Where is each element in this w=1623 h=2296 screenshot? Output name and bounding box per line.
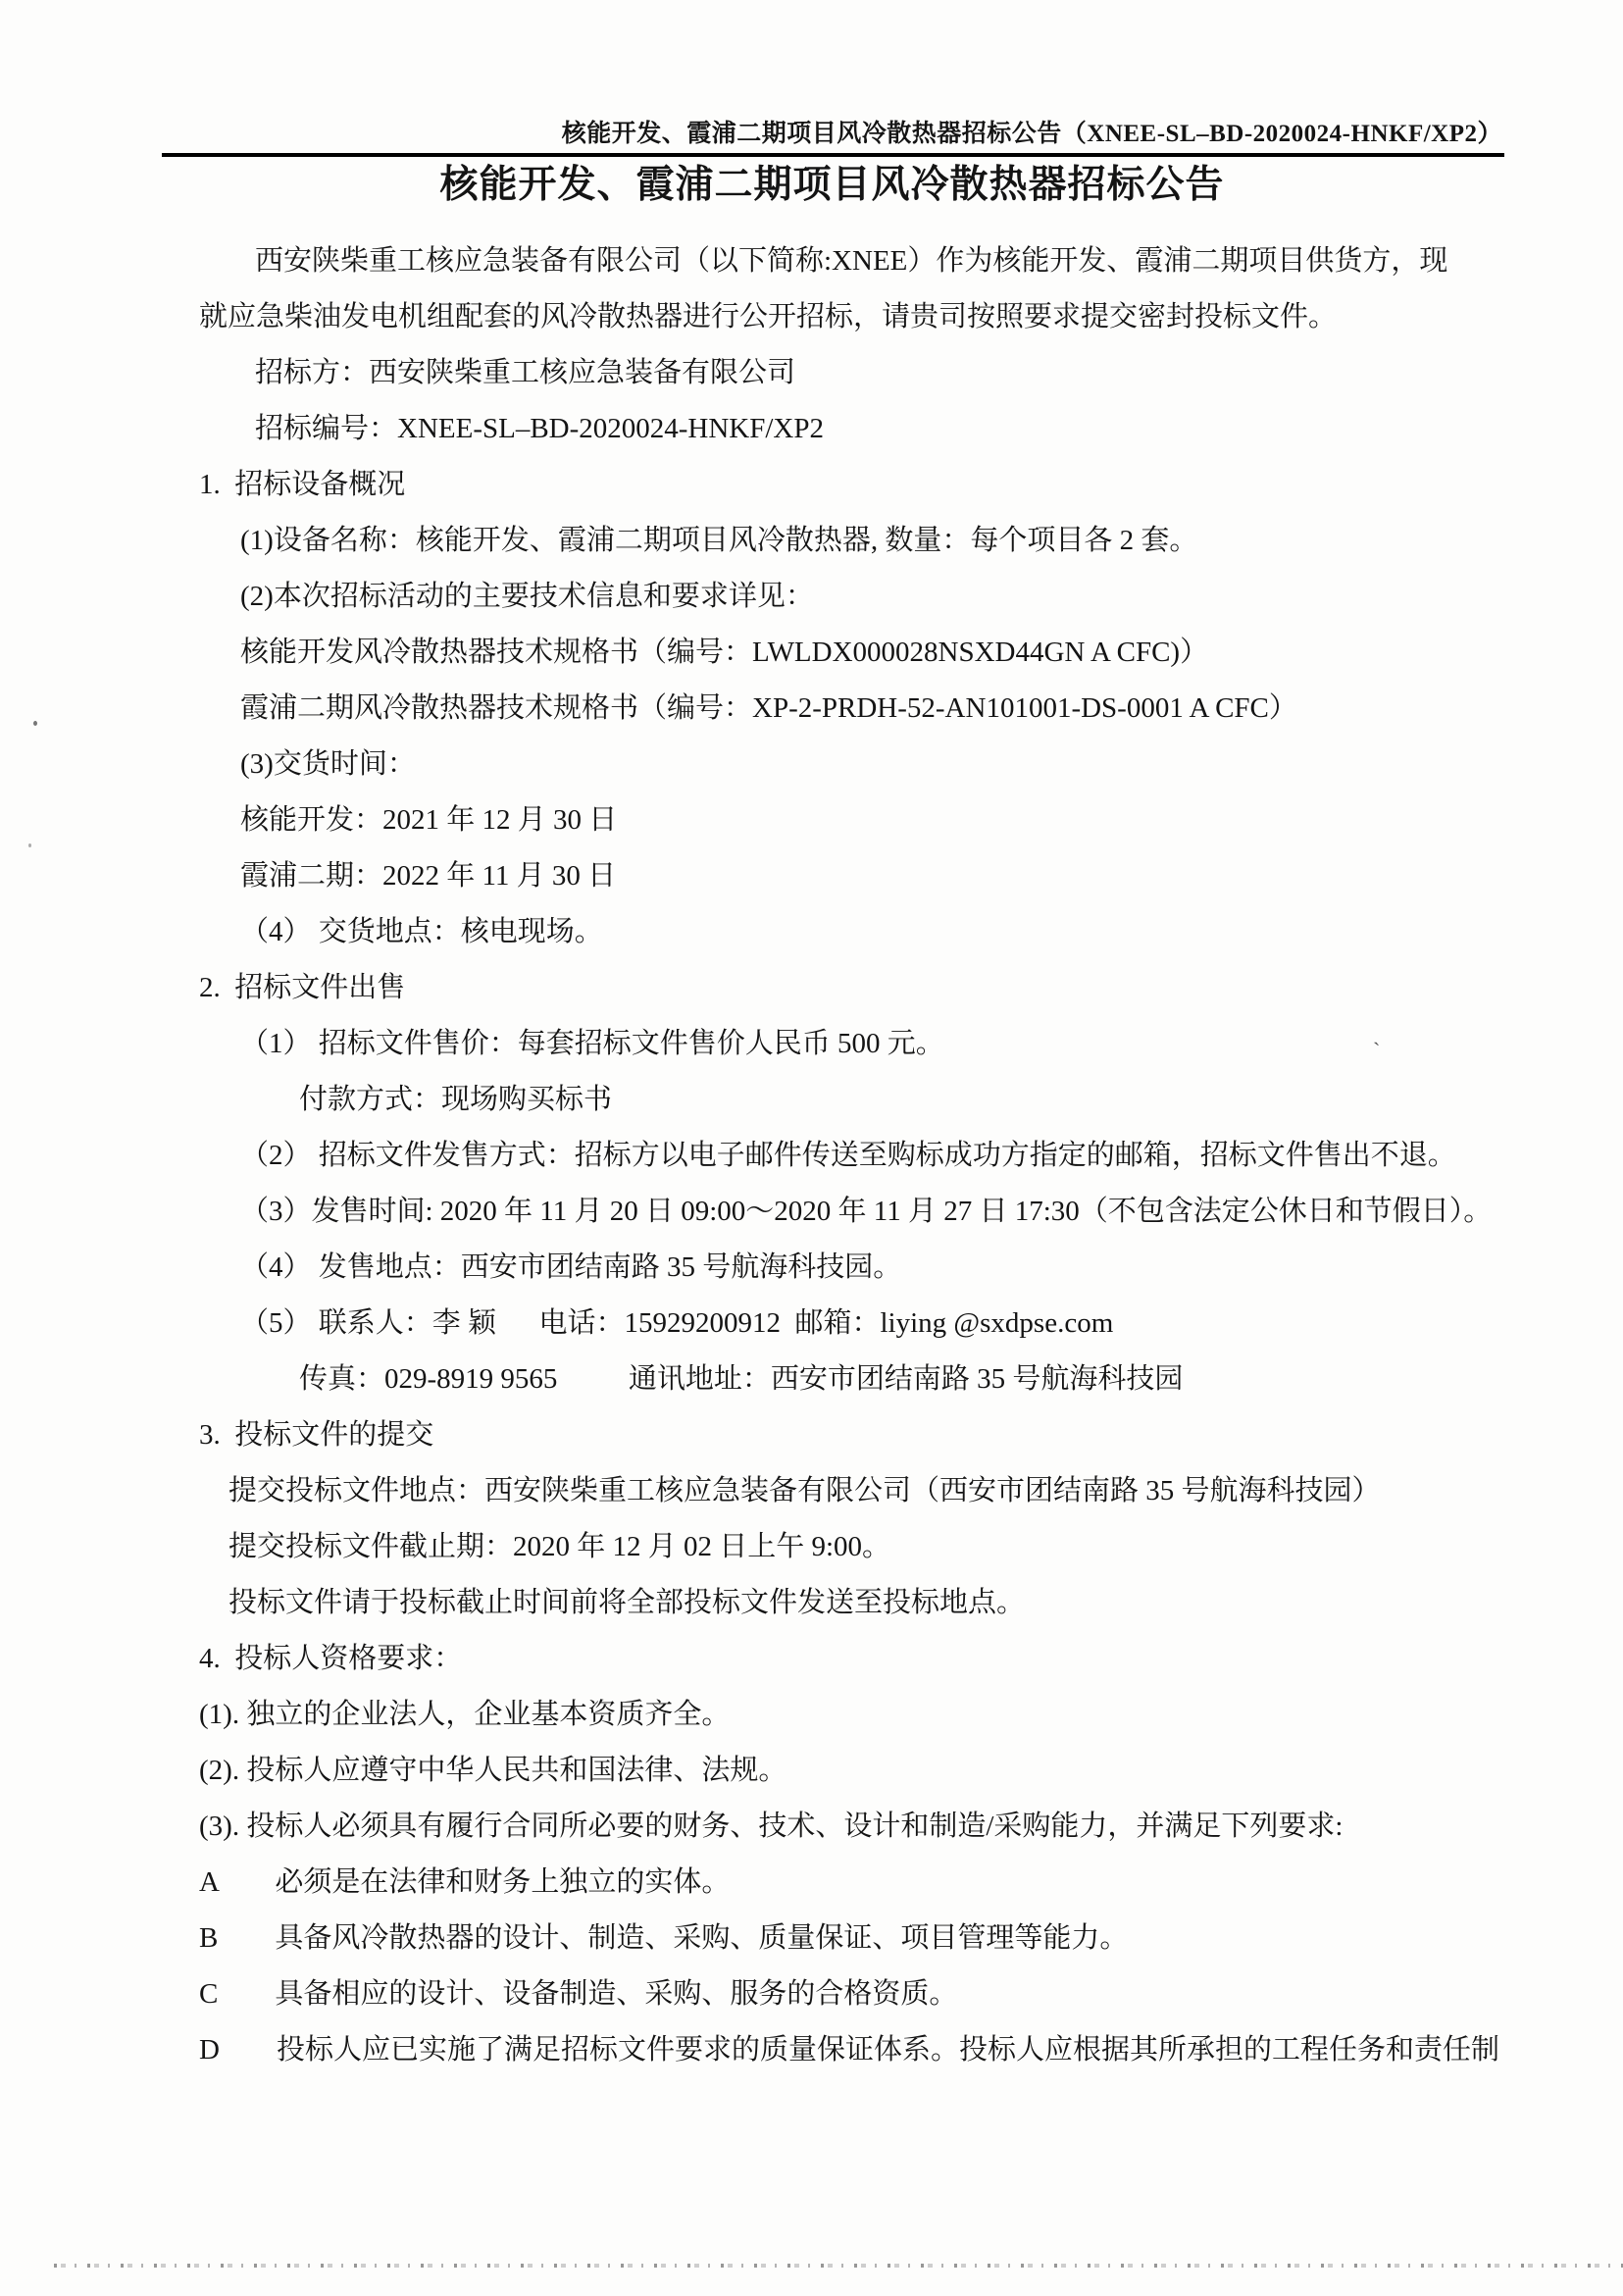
scan-artifact-dot bbox=[28, 843, 31, 847]
document-line: 霞浦二期：2022 年 11 月 30 日 bbox=[240, 848, 1507, 904]
document-line: 1. 招标设备概况 bbox=[199, 457, 1507, 513]
document-line: （1） 招标文件售价：每套招标文件售价人民币 500 元。 bbox=[240, 1016, 1507, 1072]
document-line: (1). 独立的企业法人，企业基本资质齐全。 bbox=[199, 1687, 1507, 1743]
scan-artifact-mark: ` bbox=[1373, 1038, 1380, 1063]
document-line: 霞浦二期风冷散热器技术规格书（编号：XP-2-PRDH-52-AN101001-… bbox=[240, 681, 1507, 737]
document-line: 提交投标文件截止期：2020 年 12 月 02 日上午 9:00。 bbox=[228, 1519, 1507, 1575]
document-line: C 具备相应的设计、设备制造、采购、服务的合格资质。 bbox=[199, 1966, 1507, 2022]
document-line: D 投标人应已实施了满足招标文件要求的质量保证体系。投标人应根据其所承担的工程任… bbox=[199, 2022, 1507, 2078]
document-line: 就应急柴油发电机组配套的风冷散热器进行公开招标，请贵司按照要求提交密封投标文件。 bbox=[199, 289, 1507, 345]
document-line: （5） 联系人：李 颖 电话：15929200912 邮箱：liying @sx… bbox=[240, 1296, 1507, 1352]
document-line: 投标文件请于投标截止时间前将全部投标文件发送至投标地点。 bbox=[228, 1575, 1507, 1631]
document-line: 招标方：西安陕柴重工核应急装备有限公司 bbox=[255, 345, 1507, 401]
document-line: （4） 交货地点：核电现场。 bbox=[240, 904, 1507, 960]
document-line: 核能开发：2021 年 12 月 30 日 bbox=[240, 792, 1507, 848]
document-body: 西安陕柴重工核应急装备有限公司（以下简称:XNEE）作为核能开发、霞浦二期项目供… bbox=[199, 233, 1507, 2078]
scan-noise-line bbox=[54, 2264, 1623, 2268]
document-line: 核能开发风冷散热器技术规格书（编号：LWLDX000028NSXD44GN A … bbox=[240, 625, 1507, 681]
document-line: 招标编号：XNEE-SL–BD-2020024-HNKF/XP2 bbox=[255, 401, 1507, 457]
document-line: (3). 投标人必须具有履行合同所必要的财务、技术、设计和制造/采购能力，并满足… bbox=[199, 1799, 1507, 1855]
page-title: 核能开发、霞浦二期项目风冷散热器招标公告 bbox=[162, 163, 1502, 208]
scanned-document-page: 核能开发、霞浦二期项目风冷散热器招标公告（XNEE-SL–BD-2020024-… bbox=[0, 0, 1623, 2296]
header-divider-rule bbox=[162, 153, 1504, 157]
document-line: 传真：029-8919 9565 通讯地址：西安市团结南路 35 号航海科技园 bbox=[299, 1352, 1507, 1407]
document-line: 付款方式：现场购买标书 bbox=[299, 1072, 1507, 1128]
document-line: 4. 投标人资格要求： bbox=[199, 1631, 1507, 1687]
document-line: (2)本次招标活动的主要技术信息和要求详见： bbox=[240, 569, 1507, 625]
page-header-running-title: 核能开发、霞浦二期项目风冷散热器招标公告（XNEE-SL–BD-2020024-… bbox=[562, 120, 1502, 149]
document-line: (3)交货时间： bbox=[240, 737, 1507, 792]
document-line: 2. 招标文件出售 bbox=[199, 960, 1507, 1016]
document-line: 西安陕柴重工核应急装备有限公司（以下简称:XNEE）作为核能开发、霞浦二期项目供… bbox=[255, 233, 1507, 289]
scan-artifact-dot bbox=[33, 721, 37, 726]
document-line: （4） 发售地点：西安市团结南路 35 号航海科技园。 bbox=[240, 1240, 1507, 1296]
document-line: （2） 招标文件发售方式：招标方以电子邮件传送至购标成功方指定的邮箱，招标文件售… bbox=[240, 1128, 1507, 1184]
document-line: 提交投标文件地点：西安陕柴重工核应急装备有限公司（西安市团结南路 35 号航海科… bbox=[228, 1463, 1507, 1519]
document-line: （3）发售时间: 2020 年 11 月 20 日 09:00～2020 年 1… bbox=[240, 1184, 1507, 1240]
document-line: B 具备风冷散热器的设计、制造、采购、质量保证、项目管理等能力。 bbox=[199, 1911, 1507, 1966]
document-line: (2). 投标人应遵守中华人民共和国法律、法规。 bbox=[199, 1743, 1507, 1799]
document-line: A 必须是在法律和财务上独立的实体。 bbox=[199, 1855, 1507, 1911]
document-line: (1)设备名称：核能开发、霞浦二期项目风冷散热器, 数量：每个项目各 2 套。 bbox=[240, 513, 1507, 569]
document-line: 3. 投标文件的提交 bbox=[199, 1407, 1507, 1463]
